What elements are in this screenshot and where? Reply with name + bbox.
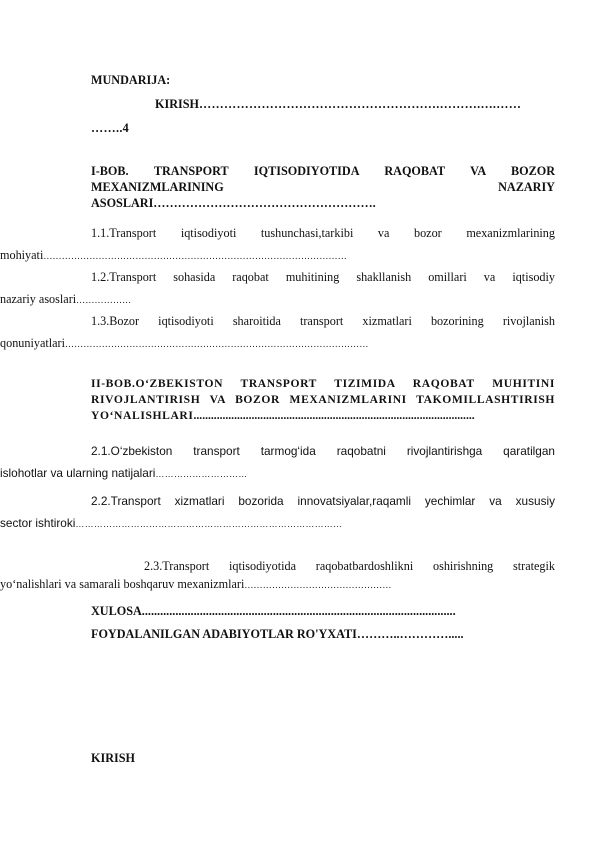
toc-chapter-2[interactable]: II-BOB.O‘ZBEKISTON TRANSPORT TIZIMIDA RA… — [91, 376, 555, 424]
chapter-1-line-2: MEXANIZMLARINING NAZARIY — [91, 179, 555, 195]
body-heading-intro: KIRISH — [91, 750, 135, 766]
section-2-2-title-end: sector ishtiroki — [0, 516, 75, 530]
toc-section-2-2[interactable]: 2.2.Transport xizmatlari bozorida innova… — [91, 490, 555, 535]
section-1-1-leader: ……………………………………………………………………………………… — [43, 251, 347, 261]
toc-intro-page-number: 4 — [123, 121, 129, 135]
toc-references[interactable]: FOYDALANILGAN ADABIYOTLAR RO'YXATI………..…… — [91, 626, 464, 642]
section-1-3-title-end: qonuniyatlari — [0, 336, 65, 350]
toc-section-2-1[interactable]: 2.1.O‘zbekiston transport tarmog‘ida raq… — [91, 440, 555, 485]
chapter-2-title-end: YO‘NALISHLARI — [91, 409, 194, 422]
document-page: MUNDARIJA: KIRISH………………………………………………….………… — [0, 0, 595, 842]
section-1-2-line-1: 1.2.Transport sohasida raqobat muhitinin… — [91, 266, 555, 288]
references-label: FOYDALANILGAN ADABIYOTLAR RO'YXATI — [91, 627, 357, 641]
section-1-1-line-2: mohiyati……………………………………………………………………………………… — [0, 244, 464, 267]
references-leader-lead: … — [357, 627, 369, 641]
toc-entry-intro-page[interactable]: ……..4 — [91, 120, 129, 136]
toc-intro-leader: ………………………………………………….……….….…… — [199, 97, 521, 111]
toc-intro-leader-2: …….. — [91, 121, 123, 135]
section-2-3-line-1: 2.3.Transport iqtisodiyotida raqobatbard… — [91, 557, 555, 575]
chapter-1-line-3: ASOSLARI………………………………………………. — [91, 195, 555, 211]
toc-conclusion[interactable]: XULOSA..................................… — [91, 603, 456, 619]
references-leader: ……..…………..... — [369, 627, 463, 641]
section-2-1-line-2: islohotlar va ularning natijalari…………………… — [0, 462, 464, 485]
toc-title-text: MUNDARIJA: — [91, 73, 170, 87]
chapter-1-line-2-left: MEXANIZMLARINING — [91, 179, 224, 195]
section-1-3-line-1: 1.3.Bozor iqtisodiyoti sharoitida transp… — [91, 310, 555, 332]
chapter-2-line-3: YO‘NALISHLARI...........................… — [91, 408, 555, 424]
section-2-2-line-2: sector ishtiroki………………………………………………………………… — [0, 512, 464, 535]
section-1-1-title-end: mohiyati — [0, 248, 43, 262]
section-2-2-line-1: 2.2.Transport xizmatlari bozorida innova… — [91, 490, 555, 512]
section-1-3-line-2: qonuniyatlari………………………………………………………………………… — [0, 332, 464, 355]
section-2-2-leader: …………………………………………………………………………… — [75, 519, 342, 529]
section-1-2-title-end: nazariy asoslari — [0, 292, 76, 306]
toc-title: MUNDARIJA: — [91, 72, 170, 88]
chapter-1-line-2-right: NAZARIY — [498, 179, 555, 195]
section-2-1-title-end: islohotlar va ularning natijalari — [0, 466, 155, 480]
conclusion-leader: ........................................… — [142, 604, 456, 618]
section-1-2-line-2: nazariy asoslari……………… — [0, 288, 464, 311]
toc-section-2-3[interactable]: 2.3.Transport iqtisodiyotida raqobatbard… — [91, 557, 555, 594]
body-heading-text: KIRISH — [91, 751, 135, 765]
section-1-1-line-1: 1.1.Transport iqtisodiyoti tushunchasi,t… — [91, 222, 555, 244]
section-2-1-line-1: 2.1.O‘zbekiston transport tarmog‘ida raq… — [91, 440, 555, 462]
section-2-1-leader: ………………………… — [155, 469, 247, 479]
chapter-2-leader: ........................................… — [194, 409, 475, 422]
chapter-1-line-1: I-BOB. TRANSPORT IQTISODIYOTIDA RAQOBAT … — [91, 163, 555, 179]
section-2-3-leader: ………………………………………… — [244, 580, 391, 590]
section-2-3-line-2: yo‘nalishlari va samarali boshqaruv mexa… — [0, 575, 464, 594]
toc-section-1-2[interactable]: 1.2.Transport sohasida raqobat muhitinin… — [91, 266, 555, 311]
conclusion-label: XULOSA — [91, 604, 142, 618]
section-2-3-title-end: yo‘nalishlari va samarali boshqaruv mexa… — [0, 577, 244, 591]
chapter-2-line-1: II-BOB.O‘ZBEKISTON TRANSPORT TIZIMIDA RA… — [91, 376, 555, 392]
section-1-3-leader: ……………………………………………………………………………………… — [65, 339, 369, 349]
toc-intro-label: KIRISH — [155, 97, 199, 111]
toc-section-1-3[interactable]: 1.3.Bozor iqtisodiyoti sharoitida transp… — [91, 310, 555, 355]
toc-section-1-1[interactable]: 1.1.Transport iqtisodiyoti tushunchasi,t… — [91, 222, 555, 267]
chapter-2-line-2: RIVOJLANTIRISH VA BOZOR MEXANIZMLARINI T… — [91, 392, 555, 408]
toc-chapter-1[interactable]: I-BOB. TRANSPORT IQTISODIYOTIDA RAQOBAT … — [91, 163, 555, 211]
section-1-2-leader: ……………… — [76, 295, 131, 305]
toc-entry-intro[interactable]: KIRISH………………………………………………….……….….…… — [155, 96, 555, 112]
